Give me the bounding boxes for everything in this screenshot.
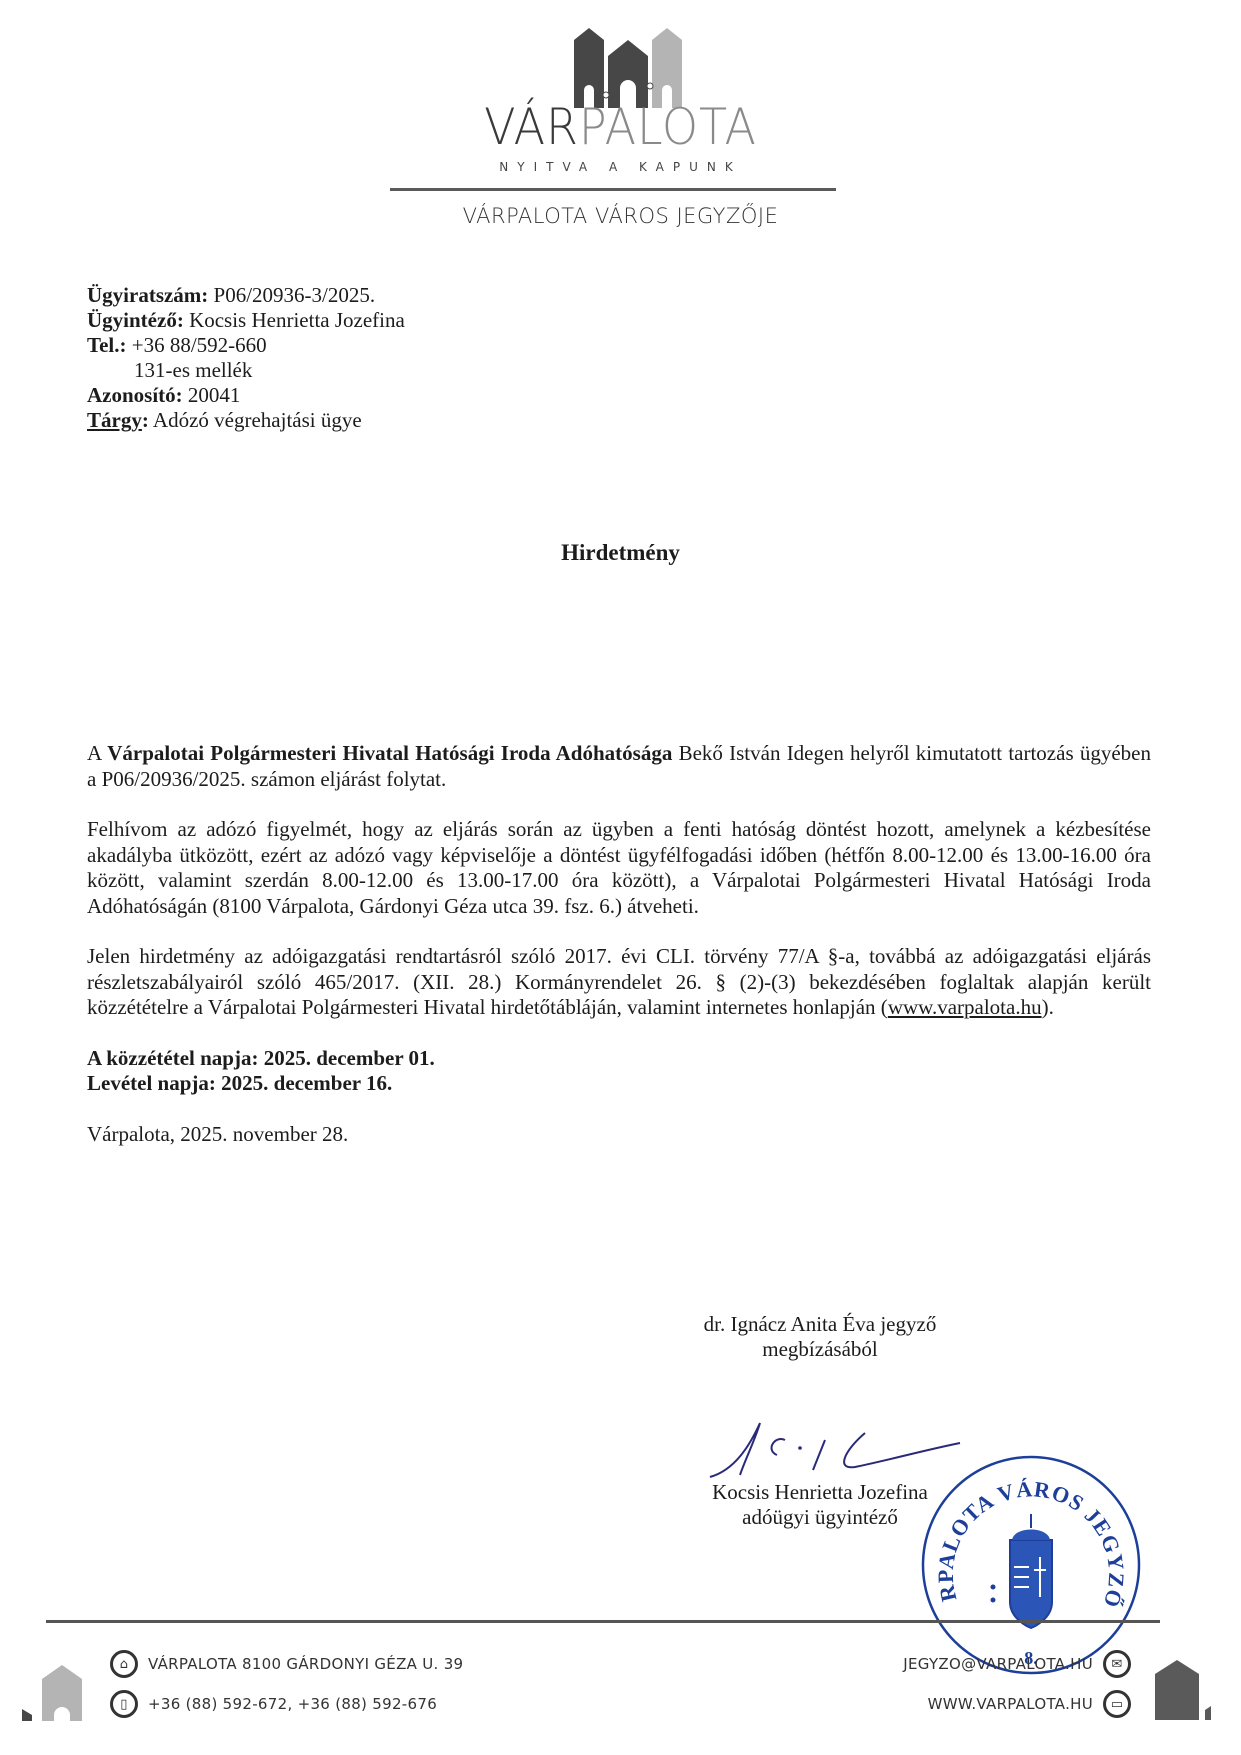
header-divider [390,188,836,191]
case-number-value: P06/20936-3/2025. [208,283,375,307]
on-behalf-block: dr. Ignácz Anita Éva jegyző megbízásából [660,1312,980,1362]
footer-email[interactable]: JEGYZO@VARPALOTA.HU ✉ [903,1650,1131,1678]
house-decoration-icon [22,1665,84,1721]
subject-colon: : [142,408,149,432]
footer-divider [46,1620,1160,1623]
phone-label: Tel.: [87,333,126,357]
paragraph-2: Felhívom az adózó figyelmét, hogy az elj… [87,817,1151,919]
officer-value: Kocsis Henrietta Jozefina [184,308,405,332]
footer-phones-text: +36 (88) 592-672, +36 (88) 592-676 [148,1695,437,1713]
paragraph-3: Jelen hirdetmény az adóigazgatási rendta… [87,944,1151,1021]
website-link[interactable]: www.varpalota.hu [888,995,1042,1019]
web-icon: ▭ [1103,1690,1131,1718]
phone-value: +36 88/592-660 [126,333,266,357]
subject-value: Adózó végrehajtási ügye [149,408,362,432]
official-stamp-icon: VÁRPALOTA VÁROS JEGYZŐJE 8. [918,1452,1144,1678]
p3-end: ). [1042,995,1054,1019]
document-body: A Várpalotai Polgármesteri Hivatal Hatós… [87,741,1151,1147]
footer-website-text[interactable]: WWW.VARPALOTA.HU [928,1695,1093,1713]
paragraph-1: A Várpalotai Polgármesteri Hivatal Hatós… [87,741,1151,792]
publication-date: A közzététel napja: 2025. december 01. [87,1046,1151,1072]
extension-row: 131-es mellék [87,358,405,383]
footer-address: ⌂ VÁRPALOTA 8100 GÁRDONYI GÉZA U. 39 [110,1650,463,1678]
phone-icon: ▯ [110,1690,138,1718]
footer-address-text: VÁRPALOTA 8100 GÁRDONYI GÉZA U. 39 [148,1655,463,1673]
subject-label: Tárgy [87,408,142,432]
footer-email-text[interactable]: JEGYZO@VARPALOTA.HU [903,1655,1093,1673]
on-behalf-line-1: dr. Ignácz Anita Éva jegyző [660,1312,980,1337]
document-title: Hirdetmény [0,540,1241,566]
office-title: VÁRPALOTA VÁROS JEGYZŐJE [0,204,1241,228]
logo-tagline: NYITVA A KAPUNK [0,160,1241,174]
subject-row: Tárgy: Adózó végrehajtási ügye [87,408,405,433]
on-behalf-line-2: megbízásából [660,1337,980,1362]
case-number-row: Ügyiratszám: P06/20936-3/2025. [87,283,405,308]
case-number-label: Ügyiratszám: [87,283,208,307]
logo-wordmark-light: PALOTA [579,98,757,156]
footer-website[interactable]: WWW.VARPALOTA.HU ▭ [928,1690,1131,1718]
officer-label: Ügyintéző: [87,308,184,332]
logo-wordmark-dark: VÁR [484,98,579,156]
logo-wordmark: VÁRPALOTA [50,98,1192,156]
id-row: Azonosító: 20041 [87,383,405,408]
place-and-date: Várpalota, 2025. november 28. [87,1122,1151,1148]
case-meta: Ügyiratszám: P06/20936-3/2025. Ügyintéző… [87,283,405,433]
removal-date: Levétel napja: 2025. december 16. [87,1071,1151,1097]
p1-prefix: A [87,741,107,765]
phone-row: Tel.: +36 88/592-660 [87,333,405,358]
id-value: 20041 [183,383,241,407]
footer-phones: ▯ +36 (88) 592-672, +36 (88) 592-676 [110,1690,437,1718]
house-decoration-icon [1155,1660,1213,1720]
id-label: Azonosító: [87,383,183,407]
authority-name: Várpalotai Polgármesteri Hivatal Hatóság… [107,741,672,765]
home-icon: ⌂ [110,1650,138,1678]
officer-row: Ügyintéző: Kocsis Henrietta Jozefina [87,308,405,333]
mail-icon: ✉ [1103,1650,1131,1678]
varpalota-logo-icon [572,28,682,108]
